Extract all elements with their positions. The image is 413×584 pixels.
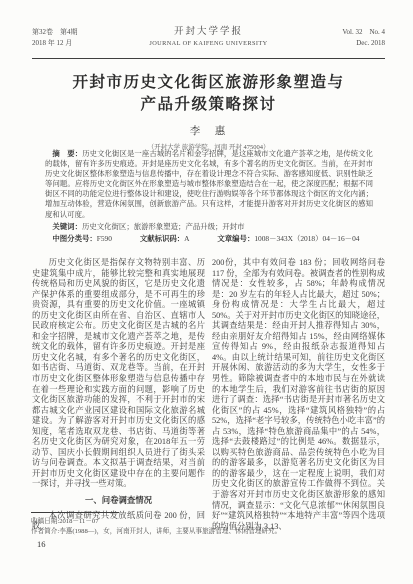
intro-paragraph: 历史文化街区是指保存文物特别丰富、历史建筑集中成片，能够比较完整和真实地展现传统… <box>32 258 205 490</box>
header-divider <box>32 58 385 59</box>
header-date-en: Dec. 2018 <box>295 38 385 49</box>
header-volume-issue-cn: 第32卷 第4期 <box>32 27 122 38</box>
clc-group: 中图分类号：F590 <box>52 234 112 243</box>
article-no-label: 文章编号： <box>217 234 254 243</box>
body-left-column: 历史文化街区是指保存文物特别丰富、历史建筑集中成片，能够比较完整和真实地展现传统… <box>32 258 205 532</box>
article-title-line1: 开封市历史文化街区旅游形象塑造与 <box>20 72 397 94</box>
header-issue-en: Vol. 32 No. 4 Dec. 2018 <box>295 27 385 49</box>
clc-value: F590 <box>97 234 112 243</box>
journal-title-en: JOURNAL OF KAIFENG UNIVERSITY <box>122 38 295 49</box>
journal-page: 第32卷 第4期 2018 年 12 月 开封大学学报 JOURNAL OF K… <box>0 0 413 584</box>
classification-line: 中图分类号：F590 文献标识码：A 文章编号：1008－343X（2018）0… <box>45 234 373 244</box>
doc-code-value: A <box>184 234 189 243</box>
article-no-value: 1008－343X（2018）04－16－04 <box>254 234 359 243</box>
keywords-label: 关键词： <box>52 222 82 231</box>
abstract-block: 摘 要：历史文化街区是一座古城的名片和金字招牌，是这座城市文化遗产荟萃之地，是传… <box>45 149 373 244</box>
footnote-divider <box>31 512 119 513</box>
page-header: 第32卷 第4期 2018 年 12 月 开封大学学报 JOURNAL OF K… <box>32 27 385 49</box>
abstract-text: 历史文化街区是一座古城的名片和金字招牌，是这座城市文化遗产荟萃之地，是传统文化的… <box>45 149 373 219</box>
header-date-cn: 2018 年 12 月 <box>32 38 122 49</box>
author-bio: 作者简介:李惠(1988—)，女，河南开封人，讲师，主要从事旅游管理、休闲管理研… <box>31 527 385 537</box>
article-no-group: 文章编号：1008－343X（2018）04－16－04 <box>217 234 359 243</box>
header-volume-issue-en: Vol. 32 No. 4 <box>295 27 385 38</box>
section-1-heading: 一、问卷调查情况 <box>32 495 205 506</box>
author-name: 李 惠 <box>20 123 397 138</box>
abstract-label: 摘 要： <box>52 149 82 158</box>
header-journal: 开封大学学报 JOURNAL OF KAIFENG UNIVERSITY <box>122 27 295 49</box>
journal-title-cn: 开封大学学报 <box>122 27 295 38</box>
abstract-paragraph: 摘 要：历史文化街区是一座古城的名片和金字招牌，是这座城市文化遗产荟萃之地，是传… <box>45 149 373 220</box>
title-block: 开封市历史文化街区旅游形象塑造与 产品升级策略探讨 李 惠 （开封大学 旅游学院… <box>20 72 397 151</box>
doc-code-group: 文献标识码：A <box>140 234 190 243</box>
keywords-line: 关键词：历史文化街区；旅游形象塑造；产品升级；开封市 <box>45 222 373 232</box>
received-date: 收稿日期:2018－11－07 <box>31 517 385 527</box>
article-title-line2: 产品升级策略探讨 <box>20 94 397 116</box>
doc-code-label: 文献标识码： <box>140 234 184 243</box>
body-right-column: 200份，其中有效问卷 183 份；回收网络问卷 117 份，全部为有效问卷。被… <box>212 258 385 532</box>
clc-label: 中图分类号： <box>52 234 96 243</box>
survey-paragraph-continued: 200份，其中有效问卷 183 份；回收网络问卷 117 份，全部为有效问卷。被… <box>212 258 385 532</box>
keywords-text: 历史文化街区；旅游形象塑造；产品升级；开封市 <box>82 222 245 231</box>
page-number: 16 <box>37 539 46 549</box>
header-issue-cn: 第32卷 第4期 2018 年 12 月 <box>32 27 122 49</box>
